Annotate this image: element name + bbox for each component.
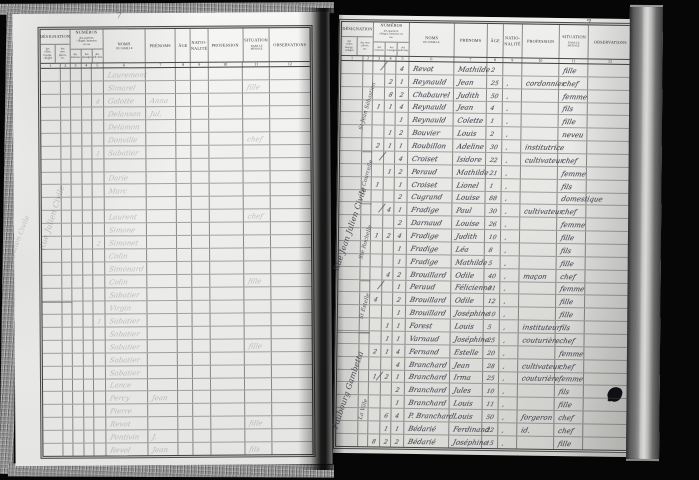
- table-cell: [362, 164, 372, 176]
- nationalite-line2: NALITÉ: [191, 45, 207, 51]
- handwritten-entry: Lance: [109, 383, 132, 390]
- table-cell: couturière: [518, 372, 556, 384]
- table-cell: [520, 218, 558, 230]
- table-cell: fille: [556, 295, 585, 307]
- table-cell: [369, 383, 381, 395]
- table-cell: [588, 77, 631, 89]
- table-cell: 8: [385, 87, 397, 99]
- table-cell: [62, 133, 71, 145]
- handwritten-entry: 4: [490, 106, 495, 112]
- table-cell: [371, 203, 383, 215]
- numeros-label: NUMÉROS: [75, 30, 97, 36]
- table-cell: Judith: [452, 230, 485, 242]
- table-cell: [72, 289, 83, 301]
- table-cell: [360, 318, 370, 330]
- table-cell: [271, 132, 311, 144]
- handwritten-entry: Odile: [454, 272, 474, 279]
- table-cell: [61, 95, 70, 107]
- column-header-age: ÂGE: [176, 29, 191, 62]
- table-cell: 1: [395, 177, 408, 189]
- handwritten-entry: femme: [559, 351, 585, 358]
- handwritten-entry: 26: [488, 222, 497, 228]
- table-cell: [270, 67, 310, 79]
- handwritten-entry: 1: [388, 105, 393, 111]
- designation-sub-2: des rues, places, etc.: [360, 42, 371, 51]
- table-cell: ,: [499, 359, 518, 371]
- table-cell: 4: [487, 102, 503, 114]
- table-cell: 8: [485, 243, 501, 255]
- handwritten-entry: ,: [504, 210, 507, 216]
- handwritten-entry: 25: [486, 338, 495, 344]
- table-cell: [42, 250, 63, 262]
- table-cell: Donville: [104, 133, 146, 145]
- table-cell: [340, 151, 362, 163]
- handwritten-entry: Brouillard: [409, 310, 447, 317]
- handwritten-entry: 1: [396, 337, 401, 343]
- table-cell: [588, 90, 631, 102]
- handwritten-entry: couturière: [521, 376, 560, 383]
- table-cell: Mathilde: [452, 255, 485, 267]
- handwritten-entry: ,: [502, 390, 505, 396]
- profession-label: PROFESSION: [527, 38, 554, 44]
- table-cell: [148, 378, 178, 390]
- handwritten-entry: Simarel: [107, 85, 136, 92]
- handwritten-entry: Cugrand: [410, 194, 442, 201]
- table-cell: 2: [381, 370, 393, 382]
- numeros-sub-menages: des ménages: [82, 53, 92, 59]
- table-cell: ,: [500, 269, 519, 281]
- table-cell: 2: [93, 237, 105, 249]
- table-cell: Galotte: [104, 94, 146, 106]
- table-cell: Branchard: [404, 396, 449, 408]
- book-fore-edge: [626, 7, 663, 459]
- handwritten-entry: 20: [486, 351, 495, 357]
- table-cell: [105, 198, 147, 210]
- column-header-noms: NOMS DE FAMILLE: [103, 29, 145, 62]
- table-cell: [587, 180, 630, 192]
- table-cell: [193, 301, 210, 313]
- table-cell: [371, 254, 383, 266]
- table-cell: 1: [394, 255, 407, 267]
- table-cell: 1: [392, 422, 405, 434]
- handwritten-entry: fils: [562, 107, 574, 114]
- table-cell: [43, 328, 64, 340]
- table-cell: [95, 444, 107, 456]
- table-cell: 4: [383, 203, 395, 215]
- table-cell: Brouillard: [406, 293, 451, 305]
- table-cell: [520, 179, 558, 191]
- handwritten-entry: 1: [387, 131, 392, 137]
- table-cell: 1: [392, 396, 405, 408]
- situation-sublabel: DANS LE MÉNAGE: [247, 44, 265, 50]
- table-cell: fils: [556, 321, 585, 333]
- table-cell: [178, 417, 193, 429]
- handwritten-entry: P. Branchard: [407, 413, 454, 421]
- table-cell: 1: [394, 242, 407, 254]
- table-cell: [371, 241, 383, 253]
- table-cell: [336, 421, 358, 433]
- handwritten-entry: ,: [501, 441, 504, 447]
- table-cell: [361, 203, 371, 215]
- table-cell: [83, 327, 94, 339]
- table-cell: [93, 198, 105, 210]
- handwritten-entry: maçon: [522, 273, 547, 280]
- handwritten-entry: 4: [95, 99, 100, 105]
- table-cell: ,: [502, 128, 521, 140]
- column-header-observations: OBSERVATIONS: [270, 28, 310, 61]
- table-cell: femme: [558, 167, 587, 179]
- table-cell: [193, 314, 210, 326]
- column-number: 9: [191, 63, 208, 67]
- table-cell: [147, 275, 177, 287]
- handwritten-entry: Brouillard: [409, 272, 447, 279]
- column-number: 8: [487, 58, 503, 62]
- table-cell: [72, 198, 83, 210]
- handwritten-entry: Jean: [457, 79, 474, 86]
- handwritten-entry: Roubillon: [411, 143, 447, 150]
- table-cell: 2: [393, 293, 406, 305]
- handwritten-entry: Reynauld: [411, 117, 446, 124]
- table-cell: [584, 412, 627, 424]
- handwritten-entry: fils: [560, 248, 572, 255]
- table-cell: 5: [483, 320, 499, 332]
- table-cell: [71, 146, 82, 158]
- table-cell: [63, 250, 72, 262]
- table-cell: Croiset: [407, 178, 452, 190]
- table-cell: [519, 282, 557, 294]
- handwritten-entry: 1: [395, 427, 400, 433]
- table-cell: [273, 429, 313, 441]
- table-cell: femme: [556, 347, 585, 359]
- table-cell: [82, 133, 93, 145]
- handwritten-entry: Croiset: [411, 156, 438, 163]
- table-cell: Sabatier: [106, 353, 148, 365]
- table-cell: 4: [370, 293, 382, 305]
- table-cell: [337, 331, 359, 343]
- table-cell: [210, 300, 245, 312]
- table-cell: [273, 442, 313, 454]
- table-cell: [585, 322, 628, 334]
- handwritten-entry: fille: [248, 343, 263, 350]
- table-cell: [585, 347, 628, 359]
- table-cell: Branchard: [405, 370, 450, 382]
- handwritten-entry: 25: [490, 81, 499, 87]
- table-cell: [73, 444, 84, 456]
- table-cell: [363, 74, 373, 86]
- table-cell: Simarel: [104, 81, 146, 93]
- table-cell: [369, 396, 381, 408]
- table-cell: [178, 378, 193, 390]
- handwritten-entry: 1: [387, 144, 392, 150]
- table-cell: Odile: [451, 294, 484, 306]
- handwritten-entry: Peraud: [411, 169, 438, 176]
- numeros-label: NUMÉROS: [380, 22, 402, 28]
- table-cell: Brouillard: [406, 268, 451, 280]
- table-cell: [209, 184, 244, 196]
- table-cell: [584, 424, 627, 436]
- handwritten-entry: ,: [501, 428, 504, 434]
- table-cell: ,: [503, 102, 522, 114]
- handwritten-entry: 2: [375, 143, 380, 149]
- handwritten-entry: Louise: [456, 195, 481, 202]
- column-header-observations: OBSERVATIONS: [589, 25, 632, 59]
- table-cell: Anna: [146, 94, 176, 106]
- table-cell: Ferdinand: [449, 423, 482, 435]
- table-cell: [42, 276, 63, 288]
- table-cell: [339, 202, 361, 214]
- table-cell: cordonnier: [522, 76, 560, 88]
- table-cell: [383, 177, 395, 189]
- table-cell: [520, 166, 558, 178]
- table-cell: [273, 416, 313, 428]
- table-cell: [83, 237, 94, 249]
- table-cell: [244, 184, 271, 196]
- handwritten-entry: 1: [397, 247, 402, 253]
- table-cell: 8: [368, 434, 380, 446]
- table-cell: [63, 353, 72, 365]
- table-cell: Fradige: [407, 242, 452, 254]
- table-cell: [177, 210, 192, 222]
- column-header-numeros: NUMÉROS des quartiers, villages, hameaux…: [374, 22, 410, 55]
- handwritten-entry: 2: [490, 68, 495, 74]
- table-cell: [588, 103, 631, 115]
- table-cell: [382, 254, 394, 266]
- table-cell: Fradige: [406, 255, 451, 267]
- table-cell: [82, 146, 93, 158]
- table-cell: [84, 379, 95, 391]
- handwritten-entry: 30: [489, 145, 498, 151]
- column-header-numeros: NUMÉROS des quartiers, villages, hameaux…: [70, 29, 103, 62]
- table-cell: [84, 431, 95, 443]
- table-cell: Marc: [105, 185, 147, 197]
- table-cell: [63, 289, 72, 301]
- table-cell: [370, 280, 382, 292]
- designation-label: DÉSIGNATION: [342, 26, 372, 32]
- table-cell: [210, 274, 245, 286]
- handwritten-entry: instituteur: [521, 325, 560, 333]
- table-cell: Sabatier: [105, 314, 147, 326]
- column-number: 6: [104, 63, 146, 67]
- handwritten-entry: Lionel: [456, 182, 480, 189]
- table-cell: [42, 302, 63, 314]
- handwritten-entry: Bouvier: [411, 130, 440, 137]
- table-cell: [147, 210, 177, 222]
- table-cell: [341, 87, 363, 99]
- table-cell: ,: [503, 76, 522, 88]
- handwritten-entry: Revot: [412, 66, 434, 73]
- table-cell: [84, 444, 95, 456]
- table-cell: [372, 164, 384, 176]
- table-cell: femme: [559, 90, 588, 102]
- handwritten-entry: ,: [502, 402, 505, 408]
- table-cell: ,: [500, 333, 519, 345]
- table-cell: Pontivin: [106, 430, 148, 442]
- handwritten-entry: 4: [399, 105, 404, 111]
- table-cell: [361, 228, 371, 240]
- table-cell: [362, 177, 372, 189]
- handwritten-entry: cultivateur: [523, 209, 563, 217]
- table-cell: [246, 404, 273, 416]
- table-cell: [147, 301, 177, 313]
- handwritten-entry: Lauremont: [107, 72, 147, 79]
- table-cell: [521, 115, 559, 127]
- column-number: 5: [92, 63, 104, 67]
- table-cell: [64, 405, 73, 417]
- handwritten-entry: 2: [395, 388, 400, 394]
- handwritten-entry: Sabatier: [109, 344, 141, 351]
- table-cell: [177, 158, 192, 170]
- handwritten-entry: Simonard: [108, 266, 144, 273]
- column-number: 7: [146, 63, 176, 67]
- table-cell: [43, 418, 64, 430]
- table-cell: [193, 288, 210, 300]
- table-cell: [94, 275, 106, 287]
- handwritten-entry: 28: [486, 364, 495, 370]
- table-cell: [43, 353, 64, 365]
- handwritten-entry: 4: [386, 208, 391, 214]
- table-cell: [271, 183, 311, 195]
- numeros-sub-individus: des individus: [398, 46, 409, 52]
- handwritten-entry: 22: [489, 158, 498, 164]
- table-cell: 2: [394, 216, 407, 228]
- table-cell: [382, 306, 394, 318]
- table-cell: [371, 216, 383, 228]
- table-cell: [43, 392, 64, 404]
- handwritten-entry: Mathilde: [455, 259, 488, 266]
- prenoms-label: PRÉNOMS: [460, 37, 481, 43]
- table-cell: Irma: [450, 371, 483, 383]
- table-cell: [72, 211, 83, 223]
- table-cell: [358, 434, 368, 446]
- table-cell: [178, 391, 193, 403]
- handwritten-entry: Brouillard: [409, 297, 447, 304]
- table-cell: Judith: [454, 88, 487, 100]
- table-cell: [359, 396, 369, 408]
- table-cell: [71, 69, 82, 81]
- handwritten-entry: Jean: [453, 362, 470, 369]
- table-cell: [73, 379, 84, 391]
- table-cell: [177, 145, 192, 157]
- handwritten-entry: 1: [384, 324, 389, 330]
- table-cell: [194, 430, 211, 442]
- table-cell: [82, 107, 93, 119]
- table-cell: [373, 113, 385, 125]
- table-body: LauremontSimarelfille4GalotteAnnaDelanso…: [41, 67, 313, 456]
- table-cell: fille: [245, 339, 272, 351]
- table-cell: [245, 313, 272, 325]
- table-cell: [244, 171, 271, 183]
- table-cell: [245, 248, 272, 260]
- table-cell: [519, 295, 557, 307]
- table-cell: [210, 365, 245, 377]
- column-header-profession: PROFESSION: [208, 29, 243, 62]
- table-cell: [63, 327, 72, 339]
- table-cell: [191, 107, 208, 119]
- table-cell: ,: [498, 410, 517, 422]
- table-cell: [341, 61, 363, 73]
- table-cell: [209, 106, 244, 118]
- table-cell: 1: [485, 179, 501, 191]
- handwritten-entry: chef: [561, 209, 578, 216]
- table-cell: [62, 198, 71, 210]
- table-cell: [369, 357, 381, 369]
- table-cell: Sabatier: [106, 340, 148, 352]
- table-cell: [73, 405, 84, 417]
- table-cell: [61, 69, 70, 81]
- table-cell: [72, 237, 83, 249]
- handwritten-entry: Delamon: [107, 124, 140, 131]
- table-cell: [587, 154, 630, 166]
- table-cell: [244, 106, 271, 118]
- table-cell: 1: [396, 139, 409, 151]
- table-cell: [337, 344, 359, 356]
- handwritten-entry: Sabatier: [109, 331, 141, 338]
- table-cell: [209, 171, 244, 183]
- handwritten-entry: 1: [395, 375, 400, 381]
- handwritten-entry: Isidore: [456, 156, 482, 163]
- table-cell: ,: [498, 423, 517, 435]
- handwritten-entry: Fradige: [410, 233, 439, 240]
- table-cell: [178, 314, 193, 326]
- table-cell: 40: [484, 269, 500, 281]
- table-cell: [43, 444, 64, 456]
- table-cell: [192, 132, 209, 144]
- table-cell: [64, 418, 73, 430]
- table-cell: [94, 353, 106, 365]
- handwritten-entry: 1: [398, 182, 403, 188]
- handwritten-entry: fille: [246, 84, 261, 91]
- table-body: 4RevotMathilde2fille21ReynauldJean25,cor…: [336, 61, 631, 450]
- handwritten-entry: 2: [372, 349, 377, 355]
- handwritten-entry: ,: [503, 338, 506, 344]
- table-cell: [209, 119, 244, 131]
- table-cell: [372, 151, 384, 163]
- table-cell: Brouillard: [406, 306, 451, 318]
- handwritten-entry: Mathilde: [457, 66, 490, 73]
- table-cell: Revol: [106, 443, 148, 455]
- table-cell: Léa: [452, 243, 485, 255]
- table-cell: 2: [395, 190, 408, 202]
- handwritten-entry: Jules: [453, 388, 472, 395]
- table-cell: [362, 151, 372, 163]
- handwritten-entry: 2: [399, 131, 404, 137]
- table-cell: [83, 288, 94, 300]
- table-cell: [41, 69, 62, 81]
- table-cell: [586, 219, 629, 231]
- table-cell: [519, 256, 557, 268]
- table-cell: [194, 417, 211, 429]
- handwritten-entry: fille: [563, 68, 578, 75]
- table-cell: ,: [502, 140, 521, 152]
- situation-label: SITUATION: [244, 38, 268, 44]
- table-cell: P. Branchard: [404, 409, 449, 421]
- handwritten-entry: Mathilde: [456, 169, 489, 176]
- table-cell: [192, 158, 209, 170]
- numeros-sub-maisons: des maisons: [71, 53, 80, 59]
- table-cell: [82, 211, 93, 223]
- handwritten-entry: Revol: [109, 447, 130, 454]
- handwritten-entry: Louis: [456, 131, 477, 138]
- table-cell: [381, 357, 393, 369]
- handwritten-entry: 2: [489, 132, 494, 138]
- table-cell: [177, 223, 192, 235]
- table-cell: [41, 95, 62, 107]
- table-cell: Mathilde: [453, 165, 486, 177]
- table-cell: [589, 64, 632, 76]
- table-cell: [244, 197, 271, 209]
- handwritten-entry: Virgin: [108, 305, 131, 312]
- column-number: 11: [560, 59, 589, 63]
